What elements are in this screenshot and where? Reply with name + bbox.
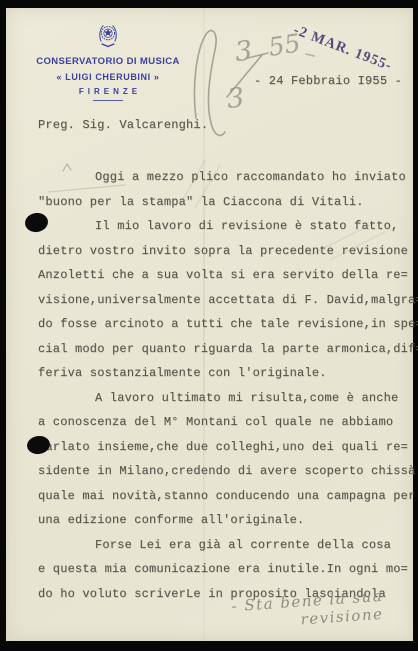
- body-line: a conoscenza del M° Montani col quale ne…: [38, 410, 416, 435]
- letterhead: CONSERVATORIO DI MUSICA « LUIGI CHERUBIN…: [30, 22, 186, 101]
- body-line: Oggi a mezzo plico raccomandato ho invia…: [38, 165, 416, 190]
- salutation: Preg. Sig. Valcarenghi.: [38, 118, 208, 132]
- pencil-dash: [248, 53, 268, 58]
- body-line: quale mai novità,stanno conducendo una c…: [38, 484, 416, 509]
- letterhead-name: « LUIGI CHERUBINI »: [30, 72, 186, 82]
- state-emblem-icon: [97, 22, 119, 49]
- letterhead-city: FIRENZE: [30, 87, 186, 96]
- body-line: "buono per la stampa" la Ciaccona di Vit…: [38, 190, 416, 215]
- body-line: feriva sostanzialmente con l'originale.: [38, 361, 416, 386]
- letter-body: Oggi a mezzo plico raccomandato ho invia…: [38, 165, 416, 606]
- received-date-stamp: -2 MAR. 1955-: [291, 22, 395, 75]
- body-line: parlato insieme,che due colleghi,uno dei…: [38, 435, 416, 460]
- body-line: Forse Lei era già al corrente della cosa: [38, 533, 416, 558]
- pencil-fraction-numerator: 3: [233, 35, 253, 68]
- letter-scan-page: CONSERVATORIO DI MUSICA « LUIGI CHERUBIN…: [6, 8, 413, 641]
- body-line: Il mio lavoro di revisione è stato fatto…: [38, 214, 416, 239]
- body-line: Anzoletti che a sua volta si era servito…: [38, 263, 416, 288]
- body-line: cial modo per quanto riguarda la parte a…: [38, 337, 416, 362]
- body-line: A lavoro ultimato mi risulta,come è anch…: [38, 386, 416, 411]
- letter-date: - 24 Febbraio I955 -: [254, 74, 402, 88]
- body-line: e questa mia comunicazione era inutile.I…: [38, 557, 416, 582]
- letterhead-rule: [93, 100, 123, 101]
- body-line: sidente in Milano,credendo di avere scop…: [38, 459, 416, 484]
- body-line: dietro vostro invito sopra la precedente…: [38, 239, 416, 264]
- letterhead-institution: CONSERVATORIO DI MUSICA: [30, 56, 186, 67]
- body-line: una edizione conforme all'originale.: [38, 508, 416, 533]
- body-line: visione,universalmente accettata di F. D…: [38, 288, 416, 313]
- pencil-fraction-denominator: 3: [225, 82, 245, 115]
- body-line: do fosse arcinoto a tutti che tale revis…: [38, 312, 416, 337]
- pencil-dash-2: [306, 54, 314, 56]
